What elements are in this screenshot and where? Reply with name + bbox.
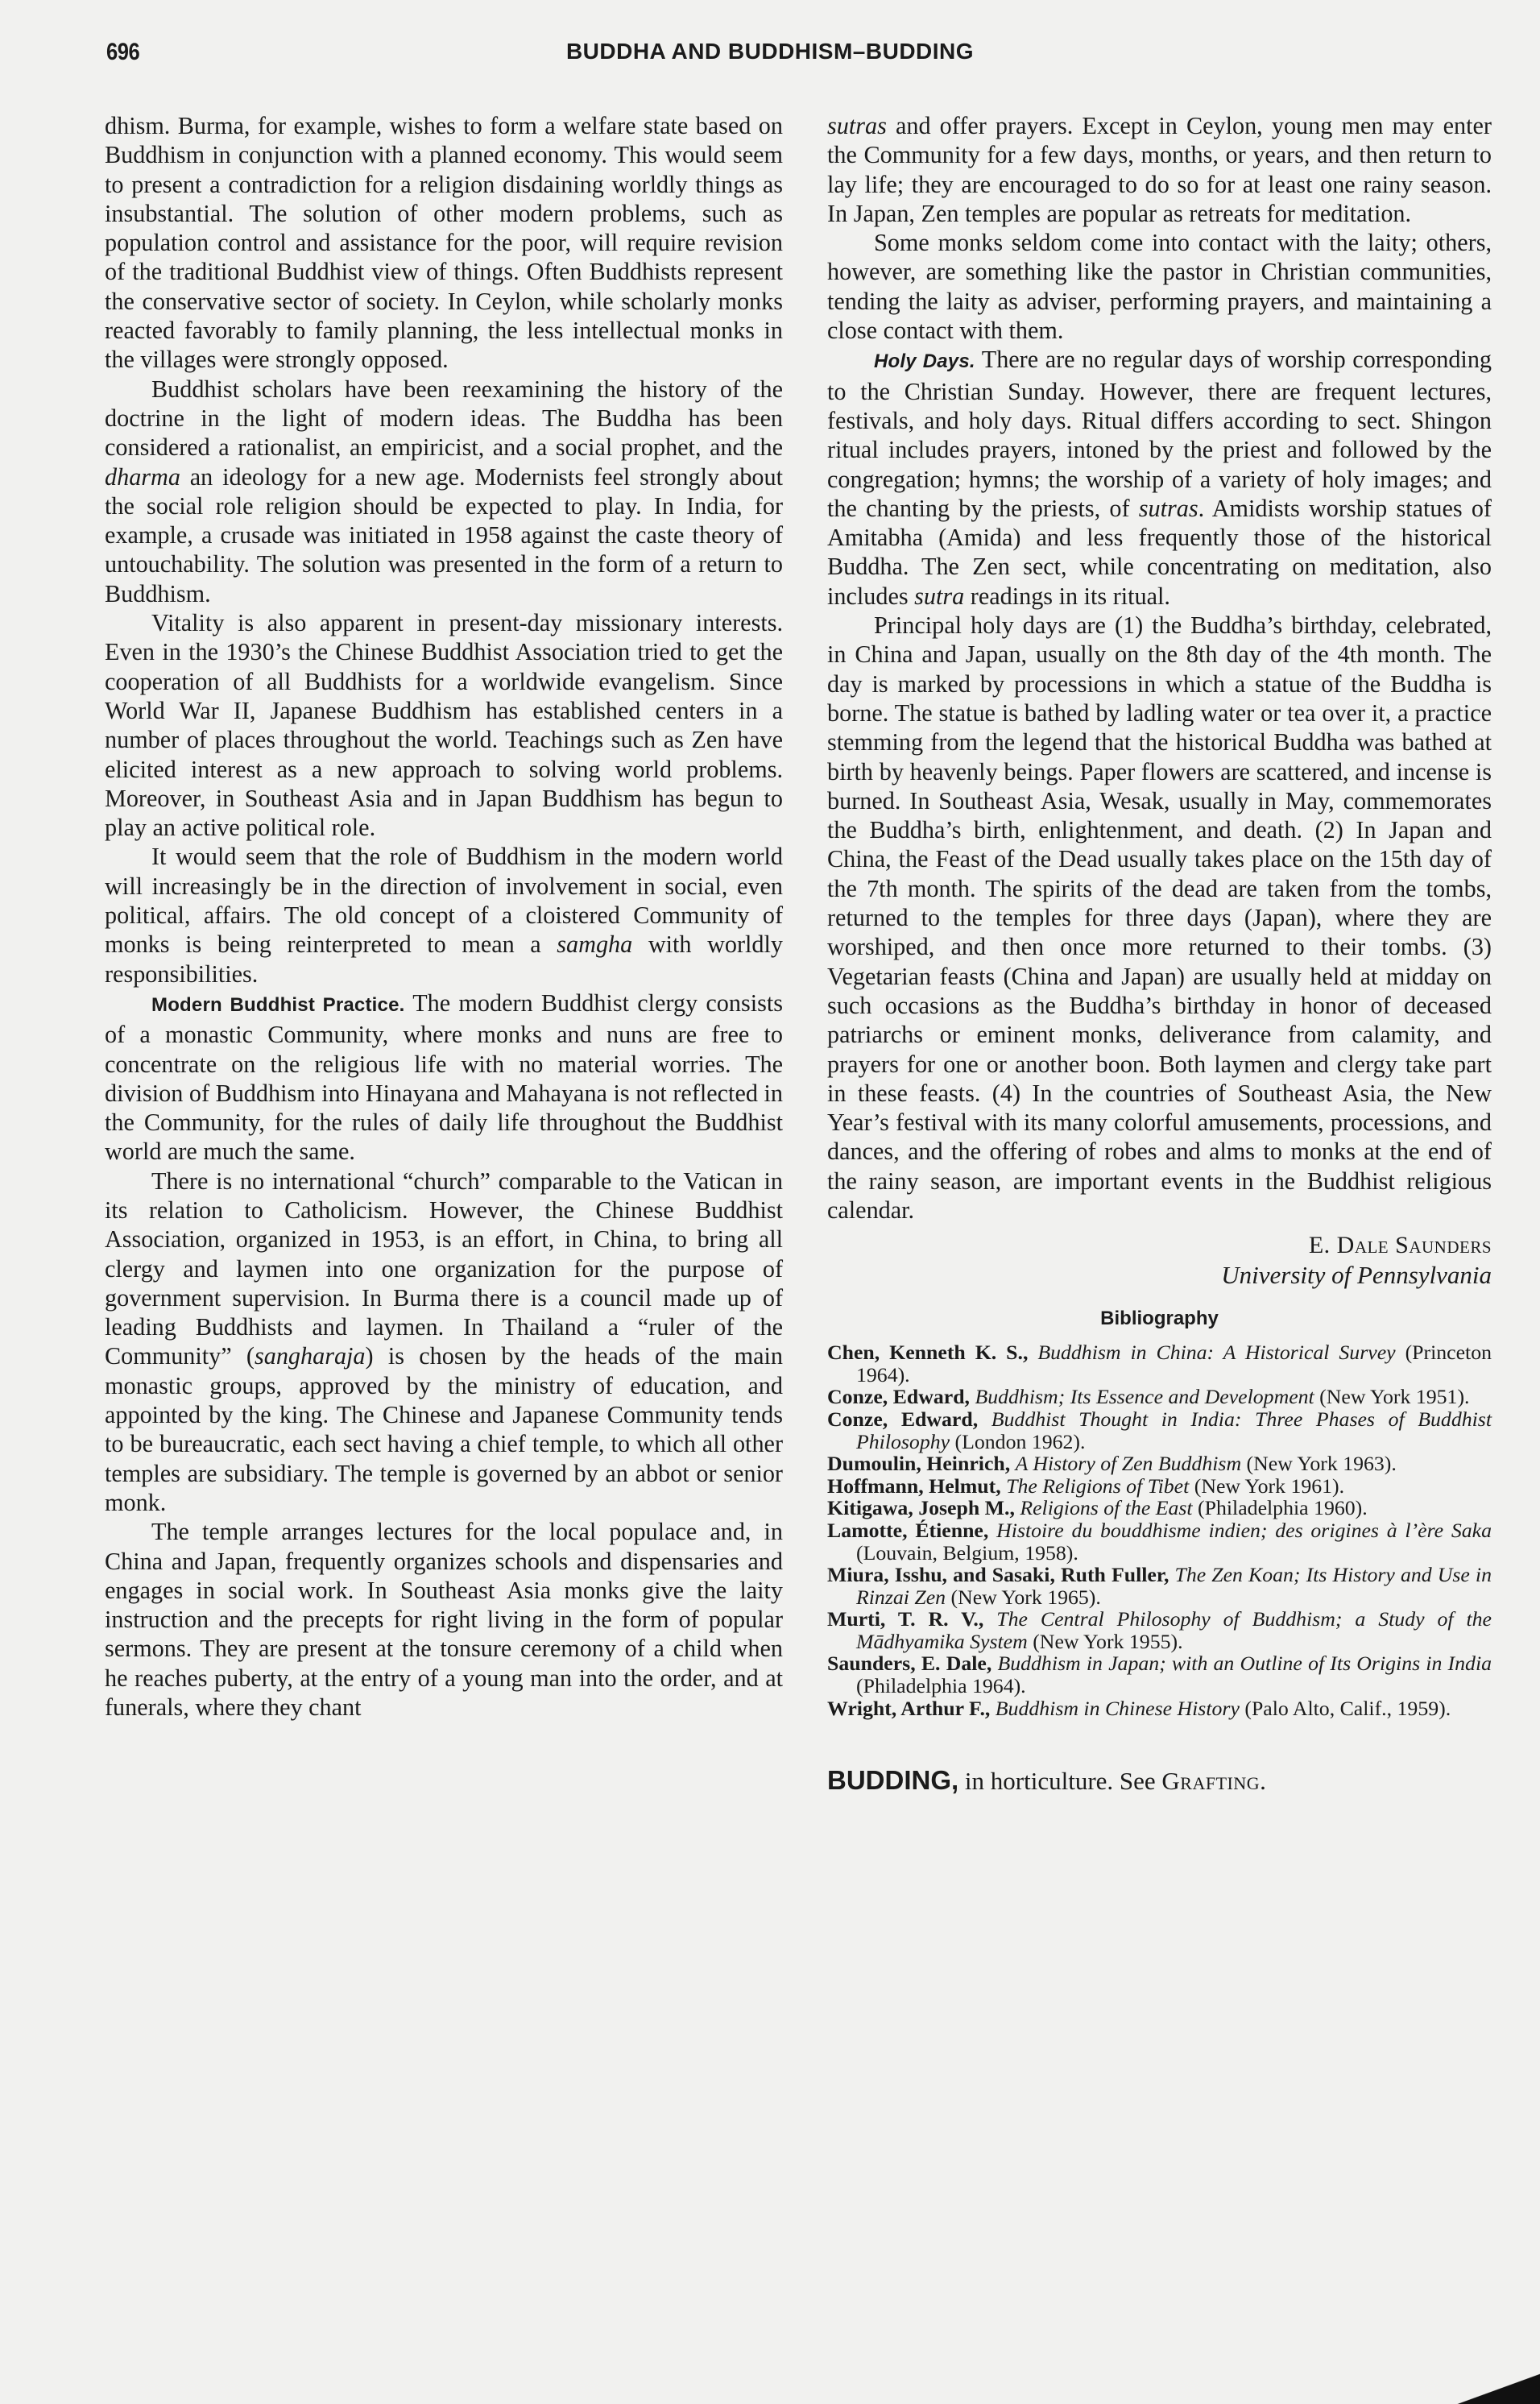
bibliography-title: Religions of the East [1020, 1496, 1192, 1519]
bibliography-entry: Murti, T. R. V., The Central Philosophy … [827, 1608, 1492, 1652]
bibliography-publication: (Palo Alto, Calif., 1959). [1244, 1697, 1451, 1720]
bibliography-title: Buddhism in China: A Historical Survey [1037, 1341, 1395, 1364]
bibliography-author: Saunders, E. Dale, [827, 1652, 991, 1675]
entry-term: BUDDING, [827, 1765, 958, 1795]
running-head: BUDDHA AND BUDDHISM–BUDDING [0, 39, 1540, 64]
text-run: There is no international “church” compa… [105, 1167, 783, 1370]
bibliography-title: Histoire du bouddhisme indien; des origi… [996, 1519, 1492, 1542]
bibliography-publication: (New York 1965). [951, 1585, 1101, 1609]
bibliography-author: Miura, Isshu, and Sasaki, Ruth Fuller, [827, 1563, 1169, 1586]
paragraph: sutras and offer prayers. Except in Ceyl… [827, 111, 1492, 228]
text-run: and offer prayers. Except in Ceylon, you… [827, 112, 1492, 227]
text-run: Buddhist scholars have been reexamining … [105, 375, 783, 462]
bibliography-author: Murti, T. R. V., [827, 1607, 983, 1631]
bibliography-title: A History of Zen Buddhism [1016, 1452, 1241, 1475]
paragraph: Principal holy days are (1) the Buddha’s… [827, 611, 1492, 1225]
bibliography-author: Kitigawa, Joseph M., [827, 1496, 1015, 1519]
paragraph: Vitality is also apparent in present-day… [105, 608, 783, 842]
paragraph: The temple arranges lectures for the loc… [105, 1517, 783, 1722]
text-run: readings in its ritual. [964, 582, 1170, 610]
right-column: sutras and offer prayers. Except in Ceyl… [827, 111, 1492, 1797]
bibliography-publication: (Philadelphia 1964). [856, 1674, 1026, 1697]
author-signature: E. Dale Saunders University of Pennsylva… [827, 1231, 1492, 1290]
bibliography-entry: Dumoulin, Heinrich, A History of Zen Bud… [827, 1453, 1492, 1475]
bibliography-title: Buddhism; Its Essence and Development [975, 1385, 1314, 1408]
bibliography-publication: (London 1962). [955, 1430, 1086, 1453]
paragraph: Buddhist scholars have been reexamining … [105, 375, 783, 608]
bibliography-author: Hoffmann, Helmut, [827, 1474, 1001, 1498]
left-column: dhism. Burma, for example, wishes to for… [105, 111, 783, 1722]
italic-term: sangharaja [255, 1342, 366, 1370]
author-institution: University of Pennsylvania [827, 1261, 1492, 1290]
page-curl-shadow [1443, 2372, 1540, 2404]
paragraph: Some monks seldom come into contact with… [827, 228, 1492, 345]
bibliography-entry: Conze, Edward, Buddhism; Its Essence and… [827, 1386, 1492, 1408]
bibliography-publication: (New York 1955). [1033, 1630, 1182, 1653]
bibliography-publication: (New York 1963). [1247, 1452, 1397, 1475]
bibliography-author: Dumoulin, Heinrich, [827, 1452, 1010, 1475]
italic-term: sutras [827, 112, 887, 139]
bibliography-entry: Chen, Kenneth K. S., Buddhism in China: … [827, 1341, 1492, 1386]
bibliography-author: Conze, Edward, [827, 1407, 978, 1431]
section-heading: Modern Buddhist Practice. [151, 994, 405, 1016]
italic-term: samgha [557, 931, 632, 958]
bibliography-entry: Lamotte, Étienne, Histoire du bouddhisme… [827, 1519, 1492, 1564]
bibliography-entry: Kitigawa, Joseph M., Religions of the Ea… [827, 1497, 1492, 1519]
bibliography-heading: Bibliography [827, 1304, 1492, 1333]
italic-term: sutras [1139, 495, 1198, 522]
bibliography-title: The Religions of Tibet [1006, 1474, 1189, 1498]
bibliography-author: Wright, Arthur F., [827, 1697, 990, 1720]
bibliography-publication: (Louvain, Belgium, 1958). [856, 1541, 1078, 1565]
bibliography-author: Chen, Kenneth K. S., [827, 1341, 1028, 1364]
paragraph: Holy Days. There are no regular days of … [827, 345, 1492, 611]
bibliography-title: Buddhism in Chinese History [996, 1697, 1240, 1720]
bibliography-entry: Saunders, E. Dale, Buddhism in Japan; wi… [827, 1652, 1492, 1697]
bibliography-entry: Wright, Arthur F., Buddhism in Chinese H… [827, 1697, 1492, 1720]
bibliography-author: Lamotte, Étienne, [827, 1519, 988, 1542]
author-name: E. Dale Saunders [827, 1231, 1492, 1260]
bibliography-publication: (New York 1951). [1319, 1385, 1469, 1408]
bibliography-author: Conze, Edward, [827, 1385, 970, 1408]
paragraph: There is no international “church” compa… [105, 1167, 783, 1518]
italic-term: sutra [914, 582, 964, 610]
paragraph: It would seem that the role of Buddhism … [105, 842, 783, 988]
bibliography-publication: (New York 1961). [1194, 1474, 1344, 1498]
text-run: in horticulture. See [958, 1767, 1161, 1795]
bibliography-entry: Conze, Edward, Buddhist Thought in India… [827, 1408, 1492, 1453]
bibliography-list: Chen, Kenneth K. S., Buddhism in China: … [827, 1341, 1492, 1719]
bibliography-title: Buddhism in Japan; with an Outline of It… [997, 1652, 1492, 1675]
cross-reference-entry: BUDDING, in horticulture. See Grafting. [827, 1766, 1492, 1796]
bibliography-entry: Miura, Isshu, and Sasaki, Ruth Fuller, T… [827, 1564, 1492, 1608]
italic-term: dharma [105, 463, 180, 491]
bibliography-publication: (Philadelphia 1960). [1198, 1496, 1368, 1519]
bibliography-entry: Hoffmann, Helmut, The Religions of Tibet… [827, 1475, 1492, 1498]
section-heading: Holy Days. [874, 350, 975, 372]
paragraph: Modern Buddhist Practice. The modern Bud… [105, 989, 783, 1167]
text-run: an ideology for a new age. Modernists fe… [105, 463, 783, 607]
paragraph: dhism. Burma, for example, wishes to for… [105, 111, 783, 375]
see-also-link[interactable]: Grafting. [1161, 1767, 1266, 1795]
